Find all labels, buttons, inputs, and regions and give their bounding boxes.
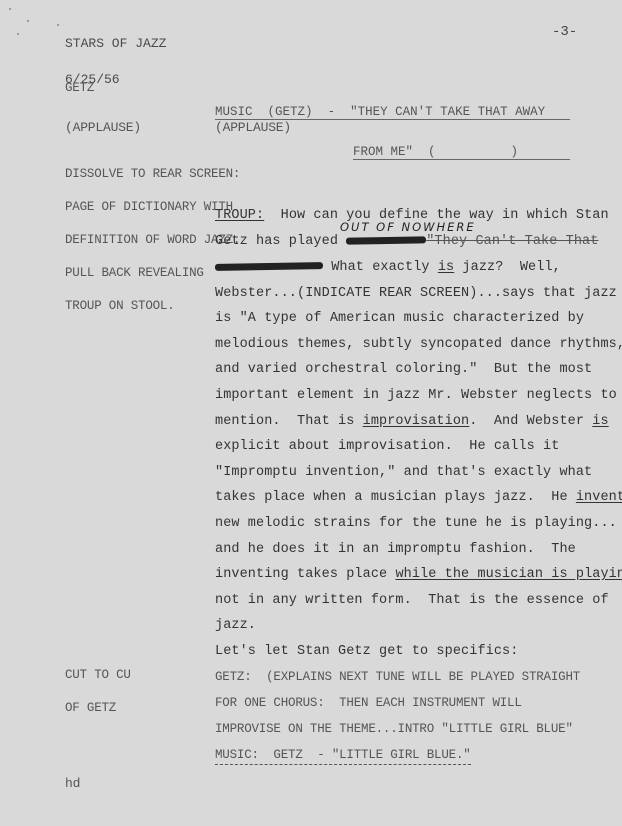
- page-number: -3-: [552, 24, 577, 40]
- troup-line: "Impromptu invention," and that's exactl…: [215, 465, 592, 480]
- stage-direction-line: TROUP ON STOOL.: [65, 301, 240, 312]
- troup-line-12: takes place when a musician plays jazz. …: [215, 490, 622, 505]
- troup-line-9: mention. That is improvisation. And Webs…: [215, 414, 609, 429]
- paper-speck: [9, 8, 11, 10]
- troup-line: melodious themes, subtly syncopated danc…: [215, 337, 622, 352]
- music-timing-blank: ( ): [428, 145, 518, 159]
- applause-right: (APPLAUSE): [215, 122, 291, 133]
- stage-direction-line: PULL BACK REVEALING: [65, 268, 240, 279]
- typist-initials: hd: [65, 778, 80, 789]
- music-dash: -: [328, 105, 336, 119]
- troup-line-3: What exactly is jazz? Well,: [215, 260, 561, 275]
- troup-line: explicit about improvisation. He calls i…: [215, 439, 559, 454]
- getz-cue-line: GETZ: (EXPLAINS NEXT TUNE WILL BE PLAYED…: [215, 672, 580, 683]
- stage-direction-line: CUT TO CU: [65, 670, 131, 681]
- speaker-troup: TROUP:: [215, 208, 264, 223]
- stage-direction-line: PAGE OF DICTIONARY WITH: [65, 202, 240, 213]
- getz-cue-line: FOR ONE CHORUS: THEN EACH INSTRUMENT WIL…: [215, 698, 522, 709]
- stage-direction-cut: CUT TO CU OF GETZ: [65, 648, 131, 725]
- troup-line: new melodic strains for the tune he is p…: [215, 516, 617, 531]
- music-label: MUSIC: [215, 105, 253, 119]
- strikeout-scribble: [215, 262, 323, 271]
- show-title: STARS OF JAZZ: [65, 38, 166, 50]
- troup-line: Let's let Stan Getz get to specifics:: [215, 644, 518, 659]
- handwritten-insert: OUT OF NOWHERE: [340, 220, 476, 234]
- troup-line: is "A type of American music characteriz…: [215, 311, 584, 326]
- troup-line-15: inventing takes place while the musician…: [215, 567, 622, 582]
- stage-direction-line: OF GETZ: [65, 703, 131, 714]
- paper-speck: [57, 24, 59, 26]
- applause-left: (APPLAUSE): [65, 122, 141, 133]
- performer-label: GETZ: [65, 83, 94, 94]
- stage-direction-dissolve: DISSOLVE TO REAR SCREEN: PAGE OF DICTION…: [65, 147, 240, 323]
- struck-text: "They Can't Take That: [426, 234, 598, 249]
- troup-line: jazz.: [215, 618, 256, 633]
- troup-line: and he does it in an impromptu fashion. …: [215, 542, 576, 557]
- music-title-line2: FROM ME": [353, 145, 413, 159]
- music-cue-little-girl-blue: MUSIC: GETZ - "LITTLE GIRL BLUE.": [215, 750, 471, 765]
- troup-line: and varied orchestral coloring." But the…: [215, 362, 592, 377]
- troup-line: Webster...(INDICATE REAR SCREEN)...says …: [215, 286, 617, 301]
- paper-speck: [27, 20, 29, 22]
- music-title-line1: "THEY CAN'T TAKE THAT AWAY: [350, 105, 545, 119]
- troup-line: important element in jazz Mr. Webster ne…: [215, 388, 617, 403]
- music-artist: (GETZ): [268, 105, 313, 119]
- getz-cue-line: IMPROVISE ON THE THEME...INTRO "LITTLE G…: [215, 724, 573, 735]
- troup-line: not in any written form. That is the ess…: [215, 593, 609, 608]
- strikeout-scribble: [346, 236, 426, 244]
- stage-direction-line: DISSOLVE TO REAR SCREEN:: [65, 169, 240, 180]
- troup-line-2: Getz has played "They Can't Take That: [215, 234, 598, 249]
- stage-direction-line: DEFINITION OF WORD JAZZ.: [65, 235, 240, 246]
- paper-speck: [17, 33, 19, 35]
